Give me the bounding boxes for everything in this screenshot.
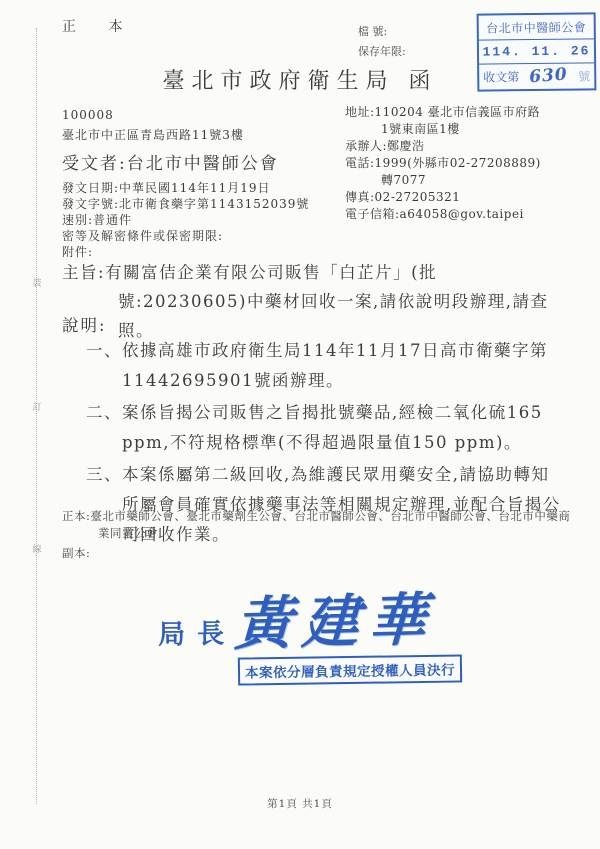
copy-type-label: 正 本 [62, 16, 136, 36]
original-list: 臺北市藥師公會、臺北市藥劑生公會、台北市醫師公會、台北市中醫師公會、台北市中藥商… [90, 509, 570, 540]
subject-label: 主旨: [62, 263, 105, 282]
sender-contact-block: 地址:110204 臺北市信義區市府路 1號東南區1樓 承辦人:鄭慶浩 電話:1… [345, 104, 541, 223]
item-text: 案係旨揭公司販售之旨揭批號藥品,經檢二氧化硫165 ppm,不符規格標準(不得超… [122, 403, 543, 452]
binding-mark-zhuang: 裝 [30, 276, 44, 289]
document-meta-left: 發文日期:中華民國114年11月19日 發文字號:北市衛食藥字第11431520… [62, 180, 309, 260]
sender-address-line1: 地址:110204 臺北市信義區市府路 [345, 104, 541, 121]
item-text: 依據高雄市政府衛生局114年11月17日高市衛藥字第11442695901號函辦… [122, 341, 548, 390]
signature-block: 局長 黃建華 本案依分層負責規定授權人員決行 [0, 580, 600, 710]
receipt-stamp-org: 台北市中醫師公會 [479, 14, 594, 40]
sender-address-line2: 1號東南區1樓 [345, 121, 541, 138]
issue-number: 發文字號:北市衛食藥字第1143152039號 [62, 196, 309, 212]
item-number: 二、 [86, 403, 122, 422]
file-number-label: 檔 號: [358, 22, 406, 42]
speed-class: 速別:普通件 [62, 212, 309, 228]
issue-date: 發文日期:中華民國114年11月19日 [62, 180, 309, 196]
recipient-block: 100008 臺北市中正區青島西路11號3樓 受文者:台北市中醫師公會 [62, 108, 279, 174]
sender-email: 電子信箱:a64058@gov.taipei [345, 206, 541, 223]
explanation-label: 說明: [62, 312, 107, 336]
sender-phone-line1: 電話:1999(外縣市02-27208889) [345, 155, 541, 172]
signer-title: 局長 [158, 611, 237, 651]
sender-phone-line2: 轉7077 [345, 172, 541, 189]
recipient-address: 臺北市中正區青島西路11號3樓 [62, 126, 279, 143]
sender-fax: 傳真:02-27205321 [345, 189, 541, 206]
original-recipients: 正本:臺北市藥師公會、臺北市藥劑生公會、台北市醫師公會、台北市中醫師公會、台北市… [62, 508, 572, 542]
file-number-block: 檔 號: 保存年限: [358, 22, 406, 62]
binding-mark-xian: 線 [30, 542, 44, 555]
retention-period-label: 保存年限: [358, 42, 406, 62]
delegation-stamp: 本案依分層負責規定授權人員決行 [238, 654, 462, 685]
subject-text: 有關富佶企業有限公司販售「白芷片」(批號:20230605)中藥材回收一案,請依… [105, 263, 548, 340]
recipient-name: 受文者:台北市中醫師公會 [62, 149, 279, 174]
receipt-stamp-date: 114. 11. 26 [479, 39, 594, 64]
original-label: 正本: [62, 509, 90, 523]
subject-paragraph: 主旨:有關富佶企業有限公司販售「白芷片」(批號:20230605)中藥材回收一案… [62, 258, 562, 345]
explanation-item-2: 二、案係旨揭公司販售之旨揭批號藥品,經檢二氧化硫165 ppm,不符規格標準(不… [86, 398, 564, 458]
distribution-block: 正本:臺北市藥師公會、臺北市藥劑生公會、台北市醫師公會、台北市中醫師公會、台北市… [62, 508, 572, 562]
item-number: 三、 [86, 465, 122, 484]
page-number-footer: 第1頁 共1頁 [0, 796, 600, 811]
explanation-item-1: 一、依據高雄市政府衛生局114年11月17日高市衛藥字第11442695901號… [86, 336, 564, 396]
secrecy-class: 密等及解密條件或保密期限: [62, 228, 309, 244]
document-title: 臺北市政府衛生局 函 [0, 64, 600, 95]
item-number: 一、 [86, 341, 122, 360]
copy-recipients-label: 副本: [62, 545, 572, 562]
binding-mark-ding: 訂 [30, 400, 44, 413]
official-letter-page: 裝 訂 線 正 本 檔 號: 保存年限: 台北市中醫師公會 114. 11. 2… [0, 0, 600, 849]
recipient-code: 100008 [62, 108, 279, 122]
signer-name-chop: 黃建華 [233, 573, 477, 661]
sender-contact-person: 承辦人:鄭慶浩 [345, 138, 541, 155]
